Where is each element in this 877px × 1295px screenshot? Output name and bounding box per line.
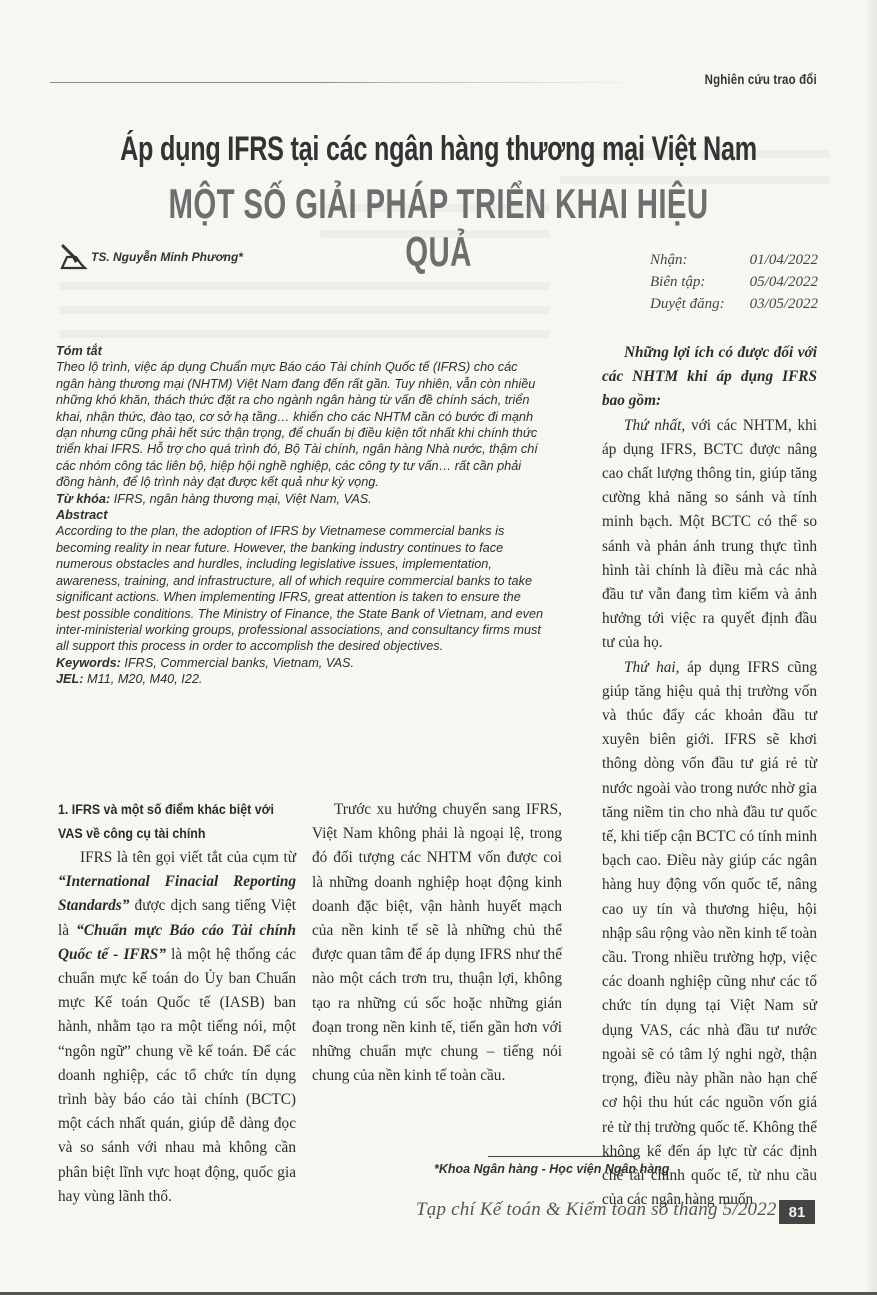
date-edited: Biên tập: 05/04/2022 [650, 271, 818, 293]
date-label: Biên tập: [650, 271, 705, 293]
jel-label: JEL: [56, 672, 84, 686]
header-rule [50, 82, 645, 83]
keywords-label-en: Keywords: [56, 656, 121, 670]
body-column-left: 1. IFRS và một số điểm khác biệt với VAS… [58, 798, 296, 1209]
page-number: 81 [779, 1200, 815, 1224]
article-dates: Nhận: 01/04/2022 Biên tập: 05/04/2022 Du… [650, 249, 818, 315]
summary-text-vi: Theo lộ trình, việc áp dụng Chuẩn mực Bá… [56, 359, 548, 490]
abstract-heading-en: Abstract [56, 507, 548, 523]
summary-heading-vi: Tóm tắt [56, 343, 548, 359]
paragraph: IFRS là tên gọi viết tắt của cụm từ “Int… [58, 846, 296, 1209]
paragraph: Thứ nhất, với các NHTM, khi áp dụng IFRS… [602, 414, 817, 656]
date-received: Nhận: 01/04/2022 [650, 249, 818, 271]
keywords-vi: Từ khóa: IFRS, ngân hàng thương mại, Việ… [56, 491, 548, 507]
date-approved: Duyệt đăng: 03/05/2022 [650, 293, 818, 315]
date-value: 01/04/2022 [750, 249, 818, 271]
section-heading-line: 1. IFRS và một số điểm khác biệt với [58, 798, 277, 822]
keywords-en: Keywords: IFRS, Commercial banks, Vietna… [56, 655, 548, 671]
text-run: áp dụng IFRS cũng giúp tăng hiệu quả thị… [602, 659, 817, 1208]
keywords-value-vi: IFRS, ngân hàng thương mại, Việt Nam, VA… [110, 492, 372, 506]
author-byline: TS. Nguyễn Minh Phương* [60, 244, 243, 270]
author-affiliation-footnote: *Khoa Ngân hàng - Học viện Ngân hàng [434, 1162, 669, 1176]
footnote-rule [488, 1156, 636, 1157]
paragraph: Thứ hai, áp dụng IFRS cũng giúp tăng hiệ… [602, 656, 817, 1213]
text-run: với các NHTM, khi áp dụng IFRS, BCTC đượ… [602, 417, 817, 652]
text-run: là một hệ thống các chuẩn mực kế toán do… [58, 946, 296, 1205]
keywords-value-en: IFRS, Commercial banks, Vietnam, VAS. [121, 656, 354, 670]
keywords-label-vi: Từ khóa: [56, 492, 110, 506]
jel-value: M11, M20, M40, I22. [84, 672, 203, 686]
abstract-box: Tóm tắt Theo lộ trình, việc áp dụng Chuẩ… [56, 343, 548, 688]
body-column-middle: Trước xu hướng chuyển sang IFRS, Việt Na… [312, 798, 562, 1088]
bleed-through [60, 282, 550, 290]
date-label: Duyệt đăng: [650, 293, 725, 315]
paragraph: Trước xu hướng chuyển sang IFRS, Việt Na… [312, 798, 562, 1088]
lead-word: Thứ nhất, [624, 417, 685, 434]
benefits-heading: Những lợi ích có được đối với các NHTM k… [602, 341, 817, 414]
date-label: Nhận: [650, 249, 688, 271]
text-run: IFRS là tên gọi viết tắt của cụm từ [80, 849, 296, 866]
abstract-text-en: According to the plan, the adoption of I… [56, 523, 548, 654]
journal-name: Tạp chí Kế toán & Kiểm toán số tháng 5/2… [416, 1199, 777, 1221]
bleed-through [60, 330, 550, 338]
body-column-right: Những lợi ích có được đối với các NHTM k… [602, 341, 817, 1212]
section-heading-1: 1. IFRS và một số điểm khác biệt với VAS… [58, 798, 277, 846]
page-edge-shadow [867, 0, 877, 1295]
jel-codes: JEL: M11, M20, M40, I22. [56, 671, 548, 687]
date-value: 03/05/2022 [750, 293, 818, 315]
date-value: 05/04/2022 [750, 271, 818, 293]
bleed-through [60, 306, 550, 314]
section-label: Nghiên cứu trao đổi [705, 71, 817, 87]
author-name: TS. Nguyễn Minh Phương* [91, 250, 243, 264]
lead-word: Thứ hai, [624, 659, 679, 676]
article-title: Áp dụng IFRS tại các ngân hàng thương mạ… [114, 130, 763, 169]
section-heading-line: VAS về công cụ tài chính [58, 822, 277, 846]
pen-writing-icon [60, 244, 88, 270]
